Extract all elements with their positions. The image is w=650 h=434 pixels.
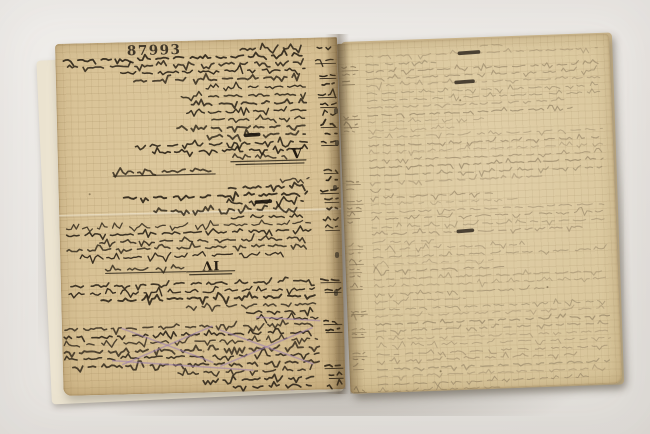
section-heading-iv: IV bbox=[186, 258, 234, 274]
stitch-mark bbox=[335, 140, 339, 146]
right-page-faded-pencil bbox=[337, 34, 622, 394]
left-page-ink-upside-down: 87993 V IV bbox=[55, 37, 346, 396]
handwriting-pencil-layer bbox=[337, 34, 622, 394]
handwriting-ink-layer bbox=[55, 37, 346, 396]
photograph-of-open-notebook: 87993 V IV bbox=[0, 0, 650, 434]
paper-speck bbox=[267, 134, 269, 136]
stitch-mark bbox=[334, 108, 338, 114]
catalog-number-stamp: 87993 bbox=[125, 42, 183, 59]
stitch-mark bbox=[335, 252, 339, 258]
stitch-mark bbox=[333, 185, 337, 191]
section-heading-v: V bbox=[286, 146, 308, 163]
paper-speck bbox=[89, 193, 91, 195]
paper-speck bbox=[440, 370, 442, 372]
stitch-mark bbox=[334, 290, 338, 296]
paper-speck bbox=[546, 286, 548, 288]
paper-speck bbox=[203, 350, 205, 352]
paper-speck bbox=[459, 99, 461, 101]
